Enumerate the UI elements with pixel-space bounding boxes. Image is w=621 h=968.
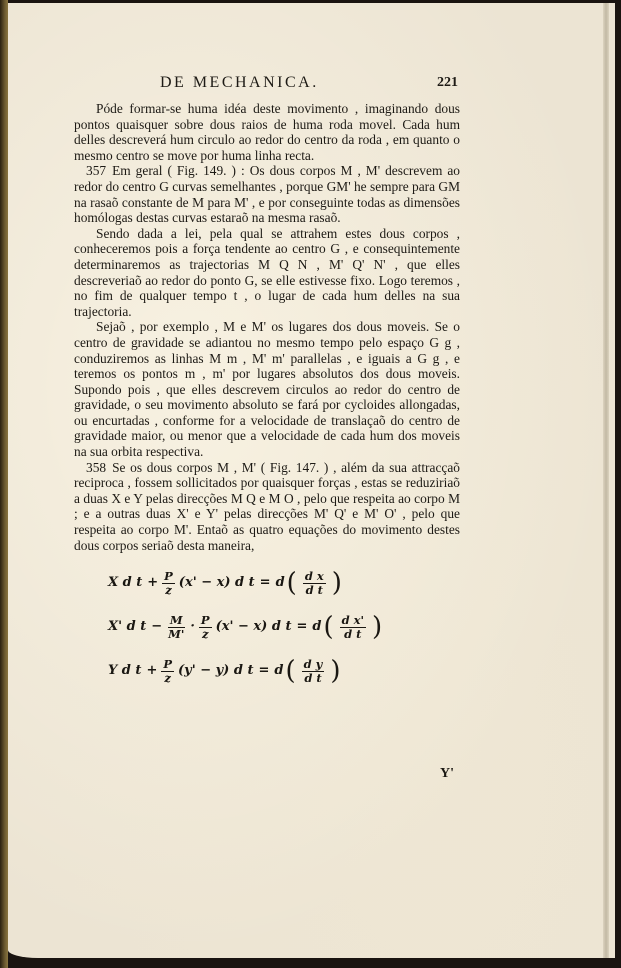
eq-term: (y' − y) d t xyxy=(178,663,253,679)
fraction: d x'd t xyxy=(340,614,366,641)
paragraph-357: 357Em geral ( Fig. 149. ) : Os dous corp… xyxy=(74,163,460,225)
eq-term: d xyxy=(312,619,321,635)
equation-x-prime: X' d t − MM'· Pz (x' − x) d t = d ( d x'… xyxy=(108,605,460,649)
eq-term: X' d t xyxy=(108,619,146,635)
eq-operator: + xyxy=(147,575,158,591)
running-head: DE MECHANICA. 221 xyxy=(74,75,460,97)
paragraph-text: Póde formar-se huma idéa deste movimento… xyxy=(74,101,460,163)
eq-operator: − xyxy=(151,619,162,635)
fraction: Pz xyxy=(161,658,174,685)
eq-operator: + xyxy=(146,663,157,679)
equation-x: X d t + Pz (x' − x) d t = d ( d xd t ) xyxy=(108,561,460,605)
eq-term: (x' − x) d t xyxy=(216,619,292,635)
equation-y: Y d t + Pz (y' − y) d t = d ( d yd t ) xyxy=(108,649,460,693)
left-paren: ( xyxy=(287,570,297,596)
eq-term: d xyxy=(276,575,285,591)
paragraph-number: 358 xyxy=(86,460,106,475)
book-spine-edge xyxy=(0,0,8,968)
eq-term: X d t xyxy=(108,575,142,591)
right-paren: ) xyxy=(372,614,382,640)
eq-term: (x' − x) d t xyxy=(179,575,255,591)
paragraph-text: Em geral ( Fig. 149. ) : Os dous corpos … xyxy=(74,163,460,225)
right-paren: ) xyxy=(332,570,342,596)
left-paren: ( xyxy=(323,614,333,640)
eq-term: Y d t xyxy=(108,663,141,679)
fraction: d xd t xyxy=(303,570,326,597)
fraction: Pz xyxy=(162,570,175,597)
paragraph-trajectories: Sendo dada a lei, pela qual se attrahem … xyxy=(74,226,460,320)
paragraph-text: Se os dous corpos M , M' ( Fig. 147. ) ,… xyxy=(74,460,460,553)
page-number: 221 xyxy=(437,75,458,91)
paragraph-text: Sendo dada a lei, pela qual se attrahem … xyxy=(74,226,460,319)
right-paren: ) xyxy=(330,658,340,684)
left-paren: ( xyxy=(285,658,295,684)
paragraph-intro: Póde formar-se huma idéa deste movimento… xyxy=(74,101,460,163)
eq-term: d xyxy=(274,663,283,679)
running-head-title: DE MECHANICA. xyxy=(160,75,319,91)
fraction: MM' xyxy=(166,614,186,641)
eq-equals: = xyxy=(258,663,269,679)
page-text-block: DE MECHANICA. 221 Póde formar-se huma id… xyxy=(74,75,460,693)
eq-equals: = xyxy=(296,619,307,635)
eq-equals: = xyxy=(260,575,271,591)
paragraph-text: Sejaõ , por exemplo , M e M' os lugares … xyxy=(74,319,460,459)
equations-block: X d t + Pz (x' − x) d t = d ( d xd t ) X… xyxy=(74,561,460,693)
paragraph-example: Sejaõ , por exemplo , M e M' os lugares … xyxy=(74,319,460,459)
paragraph-number: 357 xyxy=(86,163,106,178)
catchword: Y' xyxy=(440,766,454,782)
paragraph-358: 358Se os dous corpos M , M' ( Fig. 147. … xyxy=(74,460,460,554)
fraction: d yd t xyxy=(302,658,325,685)
page-right-edge xyxy=(603,3,609,958)
fraction: Pz xyxy=(199,614,212,641)
